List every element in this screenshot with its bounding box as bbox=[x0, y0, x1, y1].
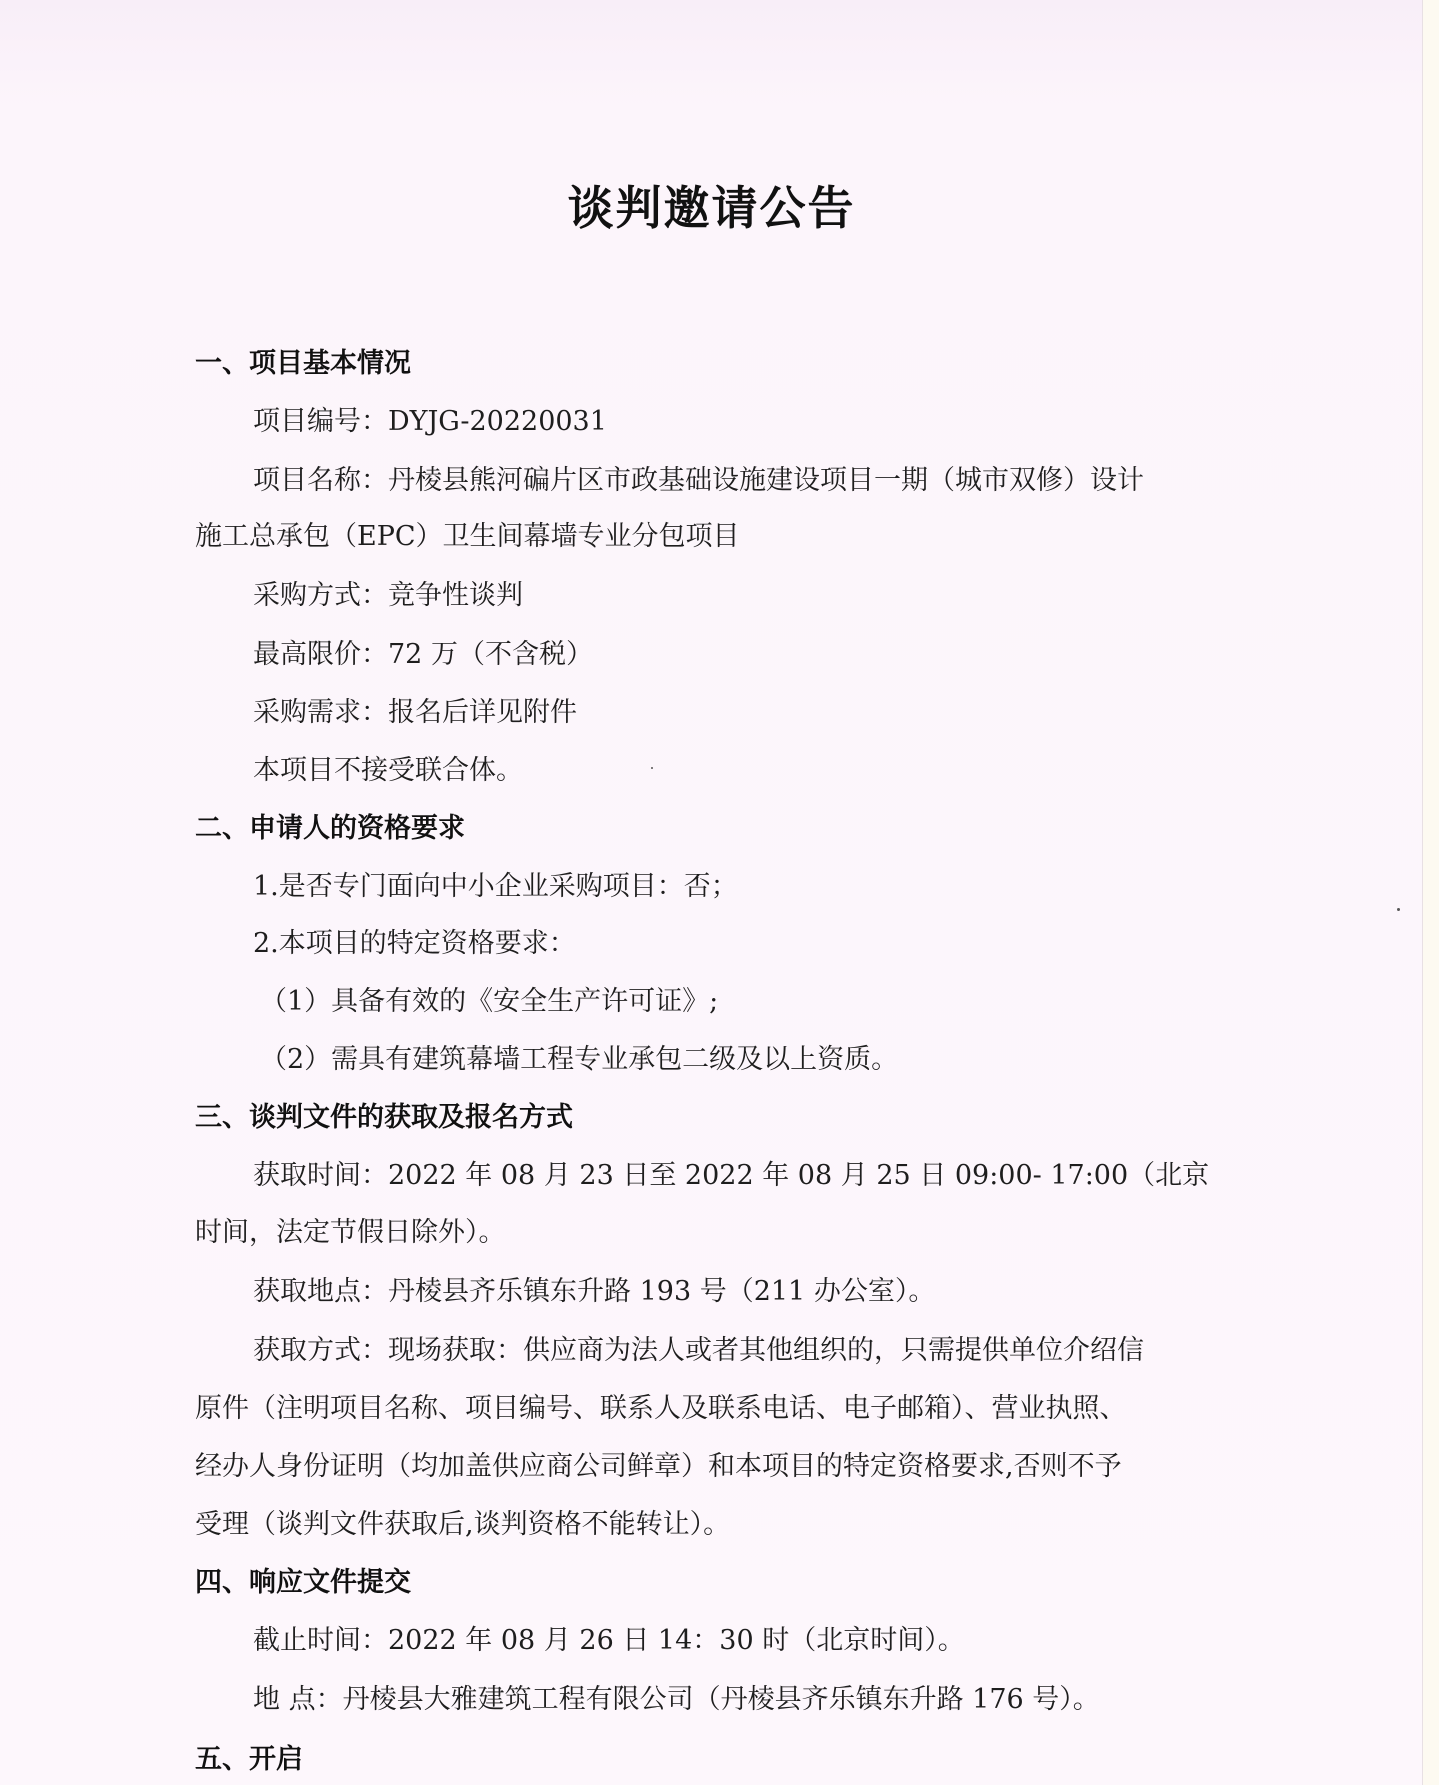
procurement-requirements: 采购需求：报名后详见附件 bbox=[253, 696, 577, 730]
submission-deadline: 截止时间：2022 年 08 月 26 日 14：30 时（北京时间）。 bbox=[253, 1624, 965, 1658]
submission-location: 地 点：丹棱县大雅建筑工程有限公司（丹棱县齐乐镇东升路 176 号）。 bbox=[253, 1683, 1100, 1717]
section-heading-3: 三、谈判文件的获取及报名方式 bbox=[195, 1101, 573, 1135]
scanned-page: 谈判邀请公告 一、项目基本情况 项目编号：DYJG-20220031 项目名称：… bbox=[0, 0, 1423, 1785]
procurement-method: 采购方式：竞争性谈判 bbox=[253, 579, 523, 613]
scan-speck bbox=[651, 767, 653, 769]
section-heading-5: 五、开启 bbox=[195, 1743, 303, 1777]
acquisition-location: 获取地点：丹棱县齐乐镇东升路 193 号（211 办公室）。 bbox=[253, 1275, 935, 1309]
acquisition-time: 获取时间：2022 年 08 月 23 日至 2022 年 08 月 25 日 … bbox=[253, 1159, 1209, 1193]
project-name: 项目名称：丹棱县熊河碥片区市政基础设施建设项目一期（城市双修）设计 bbox=[253, 464, 1144, 498]
sme-requirement: 1.是否专门面向中小企业采购项目：否； bbox=[253, 870, 738, 904]
page-edge bbox=[1422, 0, 1439, 1785]
acquisition-method-line-2: 原件（注明项目名称、项目编号、联系人及联系电话、电子邮箱）、营业执照、 bbox=[195, 1392, 1127, 1426]
document-title: 谈判邀请公告 bbox=[0, 172, 1423, 238]
price-ceiling: 最高限价：72 万（不含税） bbox=[253, 638, 593, 672]
no-consortium-note: 本项目不接受联合体。 bbox=[253, 754, 523, 788]
acquisition-method-line-4: 受理（谈判文件获取后,谈判资格不能转让）。 bbox=[195, 1508, 730, 1542]
acquisition-method-line-3: 经办人身份证明（均加盖供应商公司鲜章）和本项目的特定资格要求,否则不予 bbox=[195, 1450, 1122, 1484]
section-heading-1: 一、项目基本情况 bbox=[195, 347, 411, 381]
specific-qualification-label: 2.本项目的特定资格要求： bbox=[253, 927, 576, 961]
scan-speck bbox=[1397, 908, 1400, 911]
qualification-item-2: （2）需具有建筑幕墙工程专业承包二级及以上资质。 bbox=[260, 1043, 898, 1077]
acquisition-method: 获取方式：现场获取：供应商为法人或者其他组织的，只需提供单位介绍信 bbox=[253, 1334, 1144, 1368]
section-heading-4: 四、响应文件提交 bbox=[195, 1566, 411, 1600]
project-name-continued: 施工总承包（EPC）卫生间幕墙专业分包项目 bbox=[195, 520, 740, 554]
project-number: 项目编号：DYJG-20220031 bbox=[253, 405, 607, 439]
acquisition-time-continued: 时间，法定节假日除外）。 bbox=[195, 1216, 506, 1250]
section-heading-2: 二、申请人的资格要求 bbox=[195, 812, 465, 846]
qualification-item-1: （1）具备有效的《安全生产许可证》; bbox=[260, 985, 718, 1019]
